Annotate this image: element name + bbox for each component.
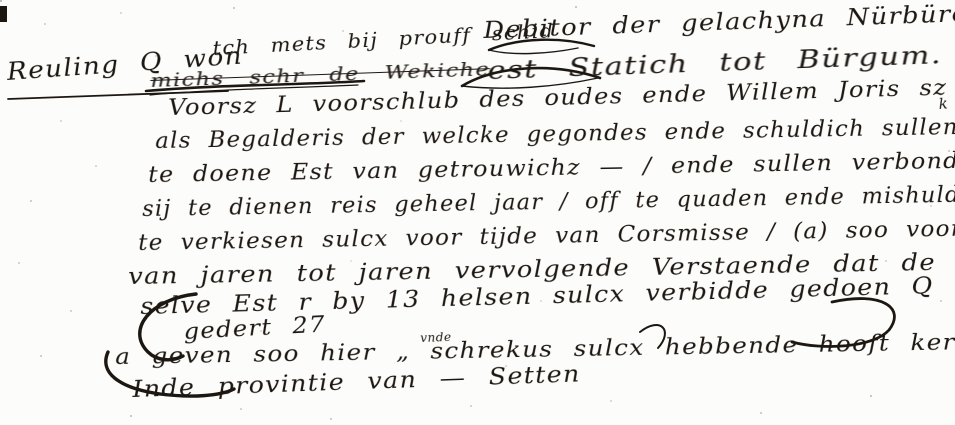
manuscript-line: sij te dienen reis geheel jaar / off te … (142, 182, 955, 222)
manuscript-line: als Begalderis der welcke gegondes ende … (155, 114, 955, 154)
interlinear-insertion: vnde (420, 330, 452, 345)
corner-ink-blob (0, 6, 7, 22)
manuscript-scan: tch mets bij prouff schid Debitor der ge… (0, 0, 955, 425)
manuscript-line: te doene Est van getrouwichz — / ende su… (148, 148, 955, 188)
manuscript-line: te verkiesen sulcx voor tijde van Corsmi… (138, 216, 955, 256)
manuscript-line: Debitor der gelachyna Nürbürch (483, 0, 955, 44)
edge-mark: k (938, 94, 950, 113)
paper-speckles (0, 0, 2, 2)
